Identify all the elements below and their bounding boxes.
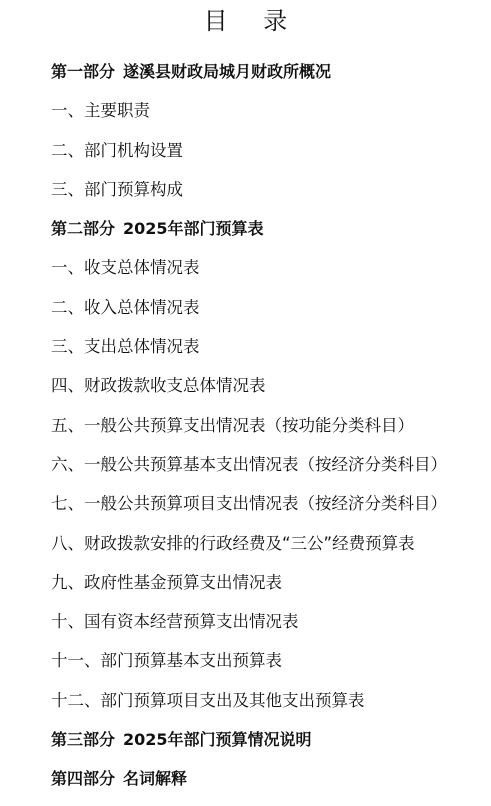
toc-item[interactable]: 二、收入总体情况表 xyxy=(51,293,491,332)
toc-item[interactable]: 一、收支总体情况表 xyxy=(51,253,491,292)
toc-part-3[interactable]: 第三部分2025年部门预算情况说明 xyxy=(51,725,491,764)
toc-item[interactable]: 六、一般公共预算基本支出情况表（按经济分类科目） xyxy=(51,450,491,489)
part-title: 遂溪县财政局城月财政所概况 xyxy=(123,62,331,81)
toc-part-2[interactable]: 第二部分2025年部门预算表 xyxy=(51,214,491,253)
toc-item[interactable]: 七、一般公共预算项目支出情况表（按经济分类科目） xyxy=(51,489,491,528)
toc-item[interactable]: 三、支出总体情况表 xyxy=(51,332,491,371)
toc-item[interactable]: 八、财政拨款安排的行政经费及“三公”经费预算表 xyxy=(51,529,491,568)
toc-item[interactable]: 十、国有资本经营预算支出情况表 xyxy=(51,607,491,646)
part-title: 2025年部门预算情况说明 xyxy=(123,730,312,749)
toc-item[interactable]: 四、财政拨款收支总体情况表 xyxy=(51,371,491,410)
part-title: 2025年部门预算表 xyxy=(123,219,264,238)
toc-item[interactable]: 九、政府性基金预算支出情况表 xyxy=(51,568,491,607)
toc-item[interactable]: 十一、部门预算基本支出预算表 xyxy=(51,646,491,685)
part-label: 第一部分 xyxy=(51,62,115,81)
table-of-contents: 第一部分遂溪县财政局城月财政所概况 一、主要职责 二、部门机构设置 三、部门预算… xyxy=(51,57,491,804)
toc-item[interactable]: 五、一般公共预算支出情况表（按功能分类科目） xyxy=(51,411,491,450)
part-label: 第二部分 xyxy=(51,219,115,238)
toc-part-1[interactable]: 第一部分遂溪县财政局城月财政所概况 xyxy=(51,57,491,96)
toc-item[interactable]: 二、部门机构设置 xyxy=(51,136,491,175)
toc-item[interactable]: 一、主要职责 xyxy=(51,96,491,135)
toc-item[interactable]: 十二、部门预算项目支出及其他支出预算表 xyxy=(51,686,491,725)
part-label: 第三部分 xyxy=(51,730,115,749)
toc-part-4[interactable]: 第四部分名词解释 xyxy=(51,764,491,803)
toc-item[interactable]: 三、部门预算构成 xyxy=(51,175,491,214)
part-label: 第四部分 xyxy=(51,769,115,788)
part-title: 名词解释 xyxy=(123,769,187,788)
page-title: 目 录 xyxy=(0,4,491,38)
